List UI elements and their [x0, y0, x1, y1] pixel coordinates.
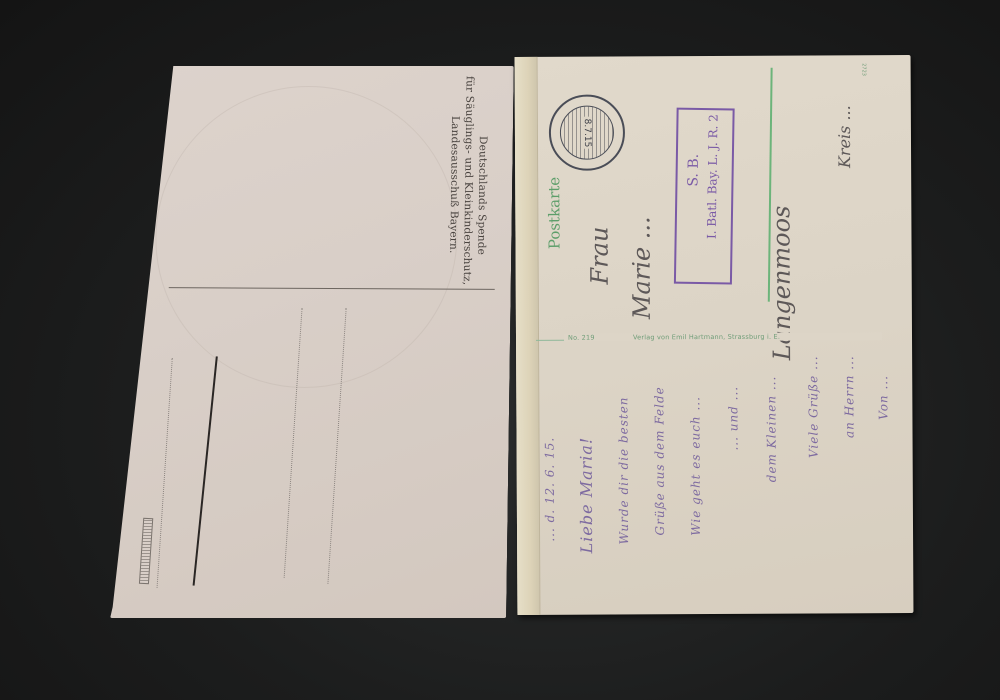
publisher-header: Deutschlands Spende für Säuglings- und K…	[435, 76, 498, 286]
message-line: ... d. 12. 6. 15.	[543, 437, 558, 542]
card-code: 2723	[861, 63, 867, 76]
message-line: Liebe Maria!	[577, 437, 597, 554]
torn-edge	[515, 57, 541, 615]
message-line: Viele Grüße ...	[806, 355, 821, 458]
postmark-date: 8.7.15	[582, 116, 592, 149]
header-line-1: Deutschlands Spende	[475, 136, 489, 255]
message-line: ... und ...	[726, 386, 740, 451]
message-line: Wurde dir die besten	[616, 396, 631, 544]
message-dotted-line	[157, 358, 173, 588]
message-line: dem Kleinen ...	[764, 376, 779, 483]
message-line: an Herrn ...	[842, 355, 856, 438]
unit-stamp-line-2: I. Batl. Bay. L. J. R. 2	[705, 114, 721, 239]
right-postcard: Postkarte 2723 8.7.15 S. B. I. Batl. Bay…	[515, 55, 914, 615]
publisher-name: Verlag von Emil Hartmann, Strassburg i. …	[633, 333, 780, 342]
printer-imprint	[139, 518, 153, 584]
unit-stamp: S. B. I. Batl. Bay. L. J. R. 2	[674, 108, 735, 285]
postmark: 8.7.15	[549, 94, 625, 170]
left-postcard: Deutschlands Spende für Säuglings- und K…	[110, 66, 514, 618]
header-line-3: Landesausschuß Bayern.	[447, 116, 461, 254]
address-handwriting: Frau	[585, 227, 613, 285]
header-line-2: für Säuglings- und Kleinkinderschutz,	[461, 76, 476, 285]
address-handwriting: Kreis ...	[835, 105, 854, 168]
message-line: Von ...	[876, 375, 890, 420]
faint-circle-mark	[153, 86, 459, 388]
address-handwriting: Marie ...	[627, 216, 656, 319]
publisher-line: No. 219 Verlag von Emil Hartmann, Strass…	[564, 332, 882, 342]
message-line: Grüße aus dem Felde	[652, 386, 667, 535]
message-solid-line	[193, 356, 218, 585]
message-line: Wie geht es euch ...	[688, 396, 703, 536]
unit-stamp-line-1: S. B.	[685, 154, 702, 187]
postkarte-title: Postkarte	[545, 177, 563, 249]
card-number: No. 219	[568, 334, 595, 342]
